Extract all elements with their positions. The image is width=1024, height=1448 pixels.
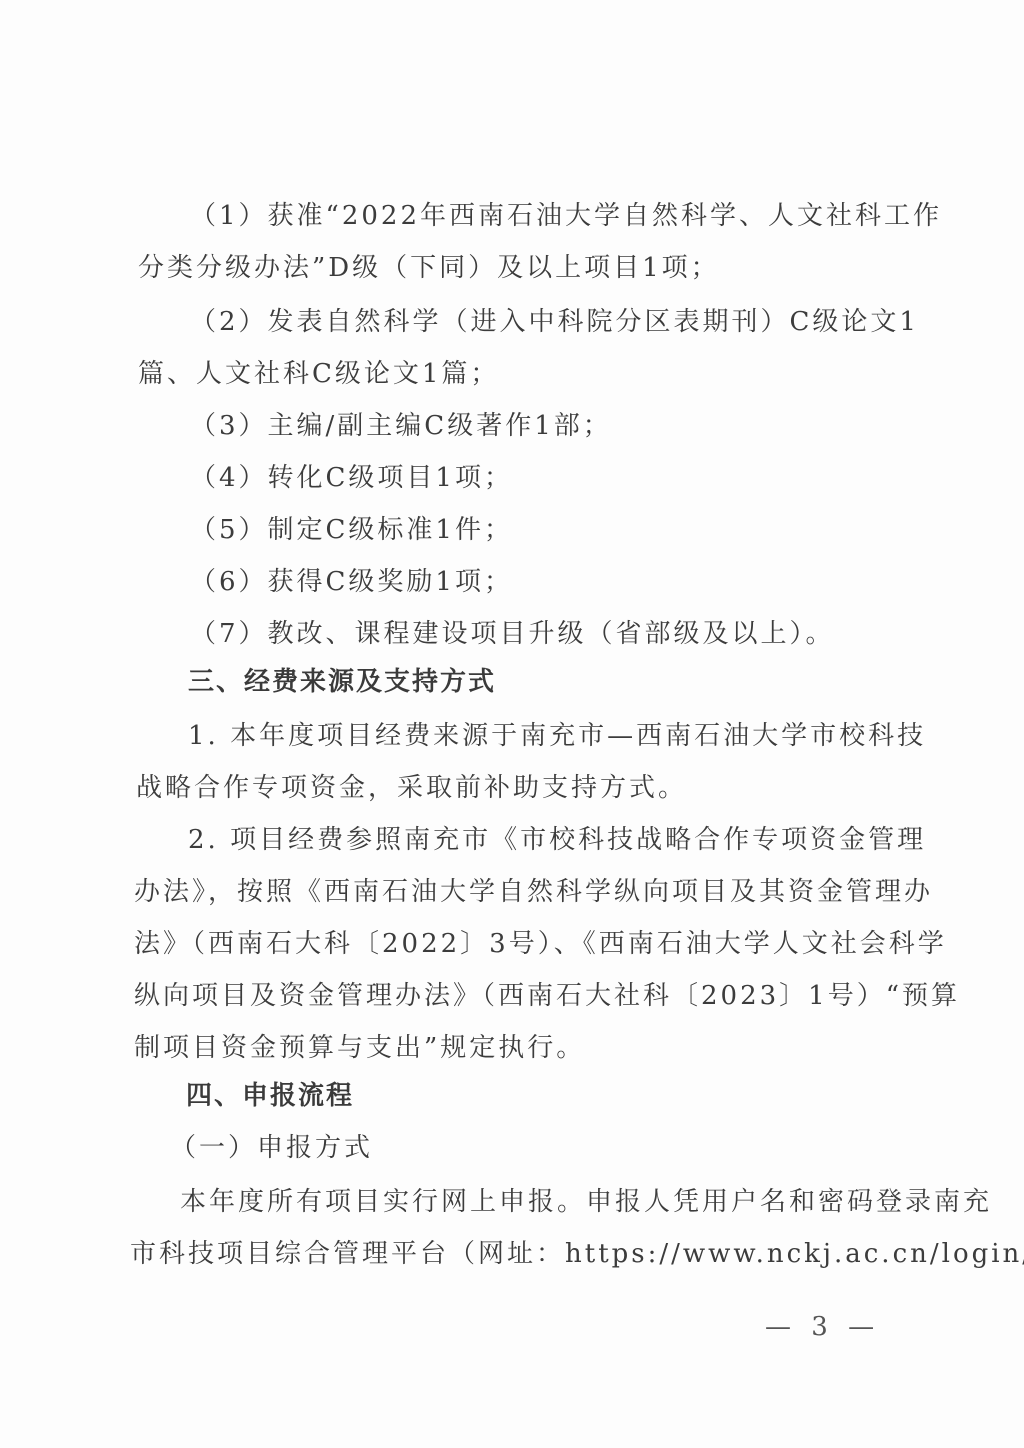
text-line: 分类分级办法”D级（下同）及以上项目1项； (138, 250, 720, 286)
text-line: 纵向项目及资金管理办法》（西南石大社科〔2023〕1号）“预算 (134, 978, 960, 1014)
text-line: （7）教改、课程建设项目升级（省部级及以上）。 (190, 616, 835, 652)
text-line: 制项目资金预算与支出”规定执行。 (134, 1030, 585, 1066)
text-line: 本年度所有项目实行网上申报。申报人凭用户名和密码登录南充 (180, 1184, 992, 1220)
page-number: — 3 — (765, 1312, 880, 1342)
text-line: 1. 本年度项目经费来源于南充市—西南石油大学市校科技 (188, 718, 926, 754)
subsection-heading: （一）申报方式 (170, 1130, 373, 1166)
text-line: 2. 项目经费参照南充市《市校科技战略合作专项资金管理 (188, 822, 926, 858)
section-heading: 四、申报流程 (186, 1078, 354, 1114)
text-line: （1）获准“2022年西南石油大学自然科学、人文社科工作 (190, 198, 942, 234)
text-line: （3）主编/副主编C级著作1部； (190, 408, 612, 444)
text-line: （4）转化C级项目1项； (190, 460, 513, 496)
text-line: （2）发表自然科学（进入中科院分区表期刊）C级论文1 (190, 304, 919, 340)
text-line: 战略合作专项资金，采取前补助支持方式。 (136, 770, 687, 806)
section-heading: 三、经费来源及支持方式 (188, 664, 496, 700)
text-line: 法》（西南石大科〔2022〕3号）、《西南石油大学人文社会科学 (134, 926, 947, 962)
text-line: （6）获得C级奖励1项； (190, 564, 513, 600)
text-line: 市科技项目综合管理平台（网址：https://www.nckj.ac.cn/lo… (130, 1236, 1024, 1272)
text-line: 篇、人文社科C级论文1篇； (138, 356, 499, 392)
text-line: （5）制定C级标准1件； (190, 512, 513, 548)
text-line: 办法》，按照《西南石油大学自然科学纵向项目及其资金管理办 (134, 874, 933, 910)
